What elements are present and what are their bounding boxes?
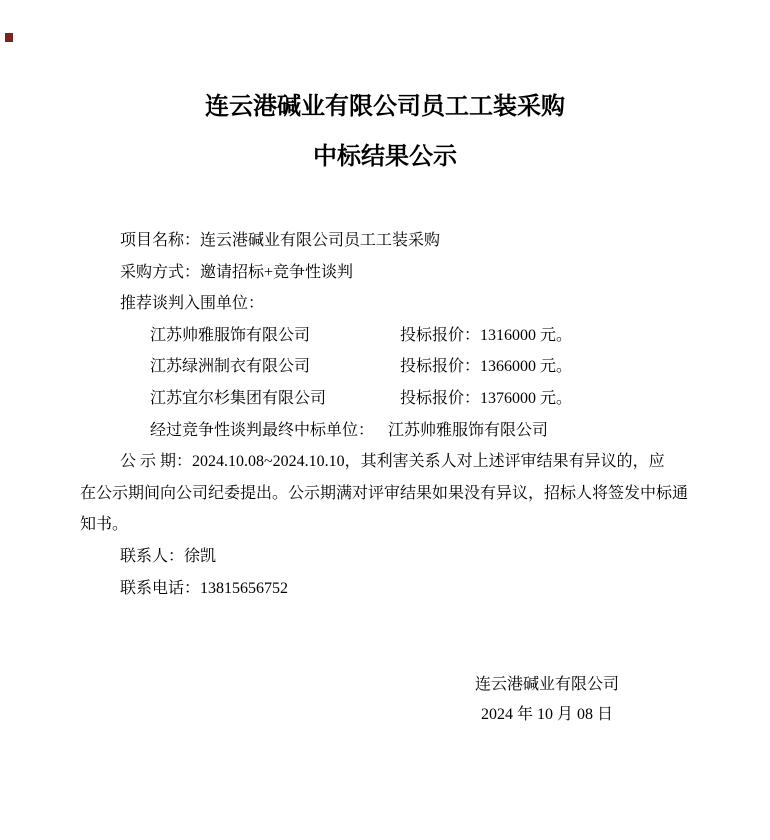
contact-person-label: 联系人： [120, 548, 184, 565]
bid-price-label: 投标报价： [400, 358, 480, 375]
bid-price-value: 1376000 元。 [480, 390, 572, 407]
signature-company: 连云港碱业有限公司 [462, 670, 632, 700]
signature-date: 2024 年 10 月 08 日 [462, 700, 632, 730]
publicity-period-line-1: 公 示 期：2024.10.08~2024.10.10，其利害关系人对上述评审结… [80, 446, 692, 478]
final-winner-label: 经过竞争性谈判最终中标单位： [150, 422, 374, 439]
contact-phone-value: 13815656752 [200, 580, 288, 597]
bid-price-value: 1366000 元。 [480, 358, 572, 375]
bidder-row-3: 江苏宜尔杉集团有限公司投标报价：1376000 元。 [80, 383, 692, 415]
document-title: 连云港碱业有限公司员工工装采购 中标结果公示 [0, 82, 770, 182]
title-line-2: 中标结果公示 [0, 132, 770, 182]
field-procurement-method: 采购方式：邀请招标+竞争性谈判 [80, 257, 692, 289]
bidder-name: 江苏绿洲制衣有限公司 [150, 351, 400, 383]
bidder-name: 江苏帅雅服饰有限公司 [150, 320, 400, 352]
field-procurement-method-label: 采购方式： [120, 264, 200, 281]
document-body: 项目名称：连云港碱业有限公司员工工装采购 采购方式：邀请招标+竞争性谈判 推荐谈… [80, 225, 692, 604]
bidder-row-2: 江苏绿洲制衣有限公司投标报价：1366000 元。 [80, 351, 692, 383]
field-project-name-value: 连云港碱业有限公司员工工装采购 [200, 232, 440, 249]
title-line-1: 连云港碱业有限公司员工工装采购 [0, 82, 770, 132]
contact-phone-line: 联系电话：13815656752 [80, 573, 692, 605]
final-winner-line: 经过竞争性谈判最终中标单位：江苏帅雅服饰有限公司 [80, 415, 692, 447]
bidder-row-1: 江苏帅雅服饰有限公司投标报价：1316000 元。 [80, 320, 692, 352]
signature-block: 连云港碱业有限公司 2024 年 10 月 08 日 [462, 670, 632, 730]
publicity-period-line-2: 在公示期间向公司纪委提出。公示期满对评审结果如果没有异议，招标人将签发中标通 [80, 478, 692, 510]
contact-person-value: 徐凯 [184, 548, 216, 565]
shortlist-heading: 推荐谈判入围单位： [80, 288, 692, 320]
document-page: 连云港碱业有限公司员工工装采购 中标结果公示 项目名称：连云港碱业有限公司员工工… [0, 0, 770, 840]
bid-price-value: 1316000 元。 [480, 327, 572, 344]
bidder-name: 江苏宜尔杉集团有限公司 [150, 383, 400, 415]
corner-marker [5, 33, 13, 42]
final-winner-value: 江苏帅雅服饰有限公司 [388, 422, 548, 439]
bid-price-label: 投标报价： [400, 390, 480, 407]
field-procurement-method-value: 邀请招标+竞争性谈判 [200, 264, 353, 281]
contact-phone-label: 联系电话： [120, 580, 200, 597]
field-project-name-label: 项目名称： [120, 232, 200, 249]
contact-person-line: 联系人：徐凯 [80, 541, 692, 573]
bid-price-label: 投标报价： [400, 327, 480, 344]
field-project-name: 项目名称：连云港碱业有限公司员工工装采购 [80, 225, 692, 257]
publicity-period-line-3: 知书。 [80, 509, 692, 541]
